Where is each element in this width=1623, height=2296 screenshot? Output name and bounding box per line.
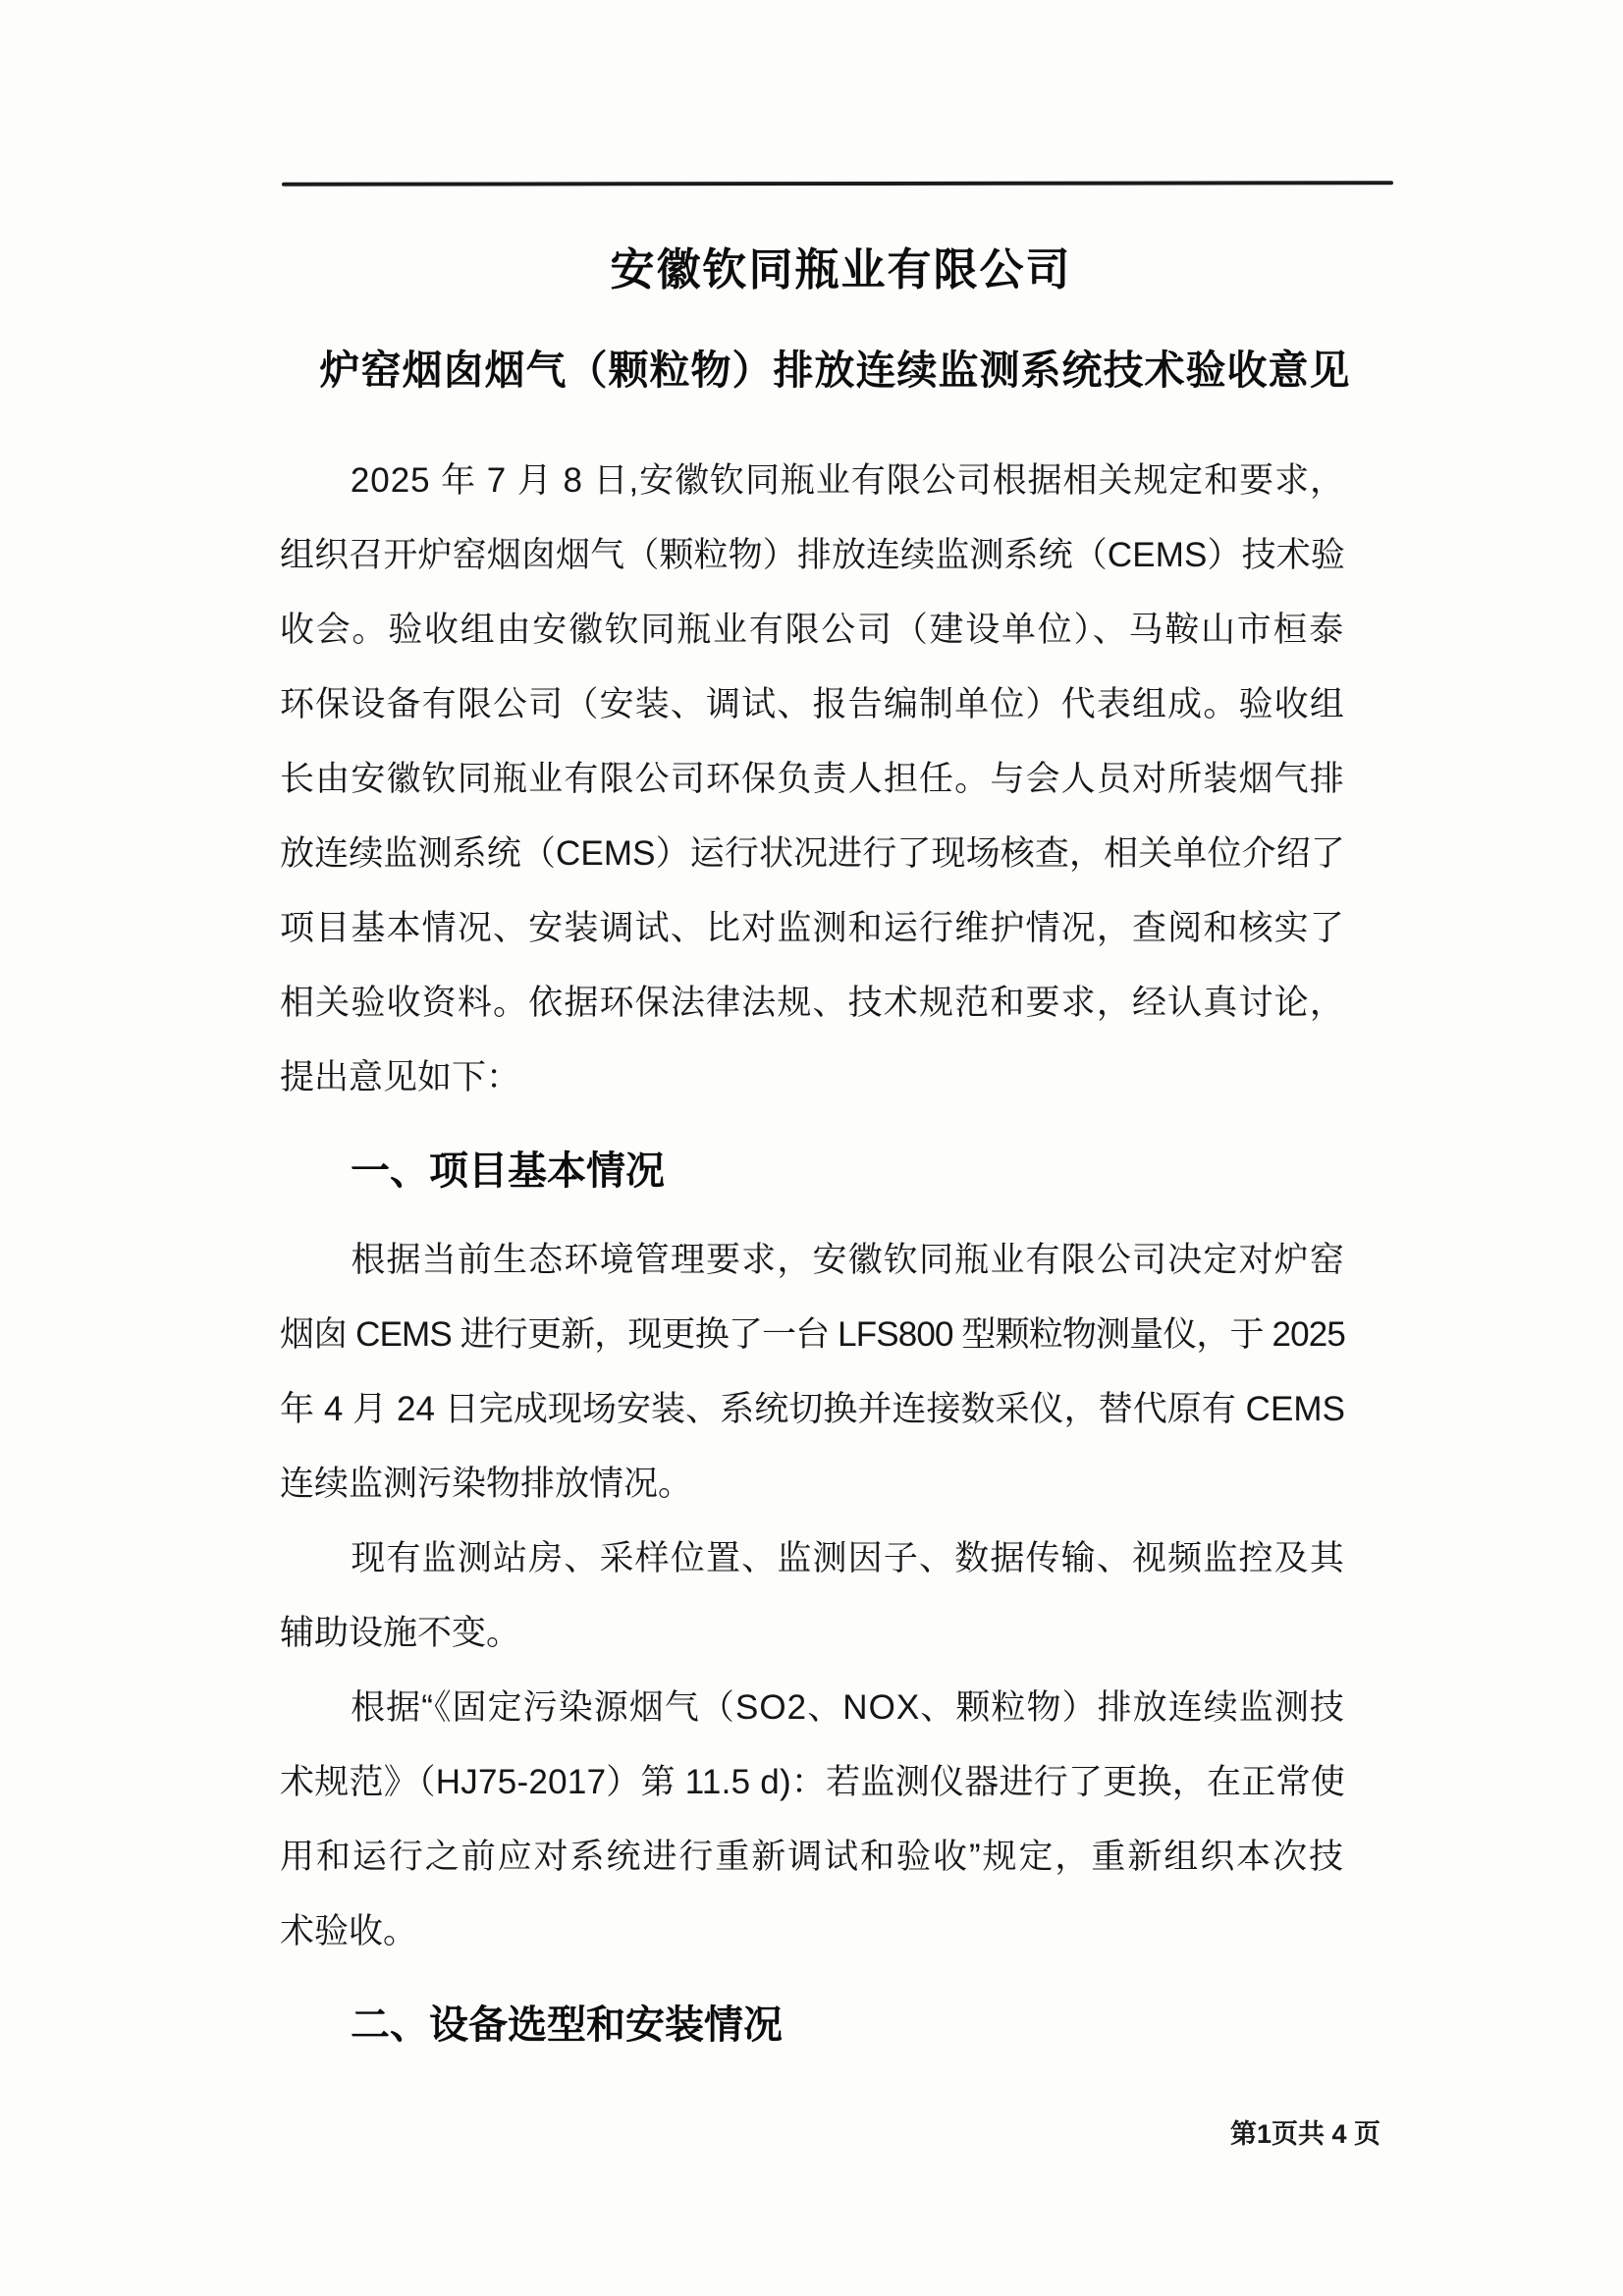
text-line: 辅助设施不变。 xyxy=(280,1596,1345,1671)
document-title: 安徽钦同瓶业有限公司 xyxy=(29,234,1623,297)
text-line: 长由安徽钦同瓶业有限公司环保负责人担任。与会人员对所装烟气排 xyxy=(280,742,1345,817)
text-line-content: 组织召开炉窑烟囱烟气（颗粒物）排放连续监测系统（CEMS）技术验 xyxy=(280,536,1345,574)
text-line: 2025 年 7 月 8 日,安徽钦同瓶业有限公司根据相关规定和要求， xyxy=(280,444,1345,518)
section-1-paragraph-1: 根据当前生态环境管理要求，安徽钦同瓶业有限公司决定对炉窑烟囱 CEMS 进行更新… xyxy=(280,1223,1345,1522)
text-line-content: 环保设备有限公司（安装、调试、报告编制单位）代表组成。验收组 xyxy=(280,685,1345,723)
text-line: 根据当前生态环境管理要求，安徽钦同瓶业有限公司决定对炉窑 xyxy=(280,1223,1345,1298)
text-line-content: 收会。验收组由安徽钦同瓶业有限公司（建设单位）、马鞍山市桓泰 xyxy=(280,611,1345,649)
text-line-content: 提出意见如下： xyxy=(280,1058,520,1096)
text-line-content: 用和运行之前应对系统进行重新调试和验收”规定，重新组织本次技 xyxy=(280,1838,1345,1876)
text-line: 用和运行之前应对系统进行重新调试和验收”规定，重新组织本次技 xyxy=(280,1820,1345,1895)
text-line-content: 二、设备选型和安装情况 xyxy=(351,2003,783,2047)
intro-paragraph: 2025 年 7 月 8 日,安徽钦同瓶业有限公司根据相关规定和要求，组织召开炉… xyxy=(280,444,1345,1115)
text-line: 提出意见如下： xyxy=(280,1041,1345,1115)
text-line: 连续监测污染物排放情况。 xyxy=(280,1447,1345,1522)
text-line: 放连续监测系统（CEMS）运行状况进行了现场核查，相关单位介绍了 xyxy=(280,817,1345,891)
text-line: 年 4 月 24 日完成现场安装、系统切换并连接数采仪，替代原有 CEMS xyxy=(280,1372,1345,1447)
text-line: 项目基本情况、安装调试、比对监测和运行维护情况，查阅和核实了 xyxy=(280,891,1345,966)
text-line: 术验收。 xyxy=(280,1895,1345,1969)
text-line: 术规范》（HJ75-2017）第 11.5 d)：若监测仪器进行了更换，在正常使 xyxy=(280,1745,1345,1820)
text-line-content: 现有监测站房、采样位置、监测因子、数据传输、视频监控及其 xyxy=(280,1539,1345,1577)
text-line-content: 项目基本情况、安装调试、比对监测和运行维护情况，查阅和核实了 xyxy=(280,909,1345,947)
document-subtitle: 炉窑烟囱烟气（颗粒物）排放连续监测系统技术验收意见 xyxy=(24,338,1623,396)
text-line-content: 辅助设施不变。 xyxy=(280,1614,520,1652)
section-1-heading: 一、项目基本情况 xyxy=(280,1133,1345,1209)
text-line: 环保设备有限公司（安装、调试、报告编制单位）代表组成。验收组 xyxy=(280,667,1345,742)
text-line: 组织召开炉窑烟囱烟气（颗粒物）排放连续监测系统（CEMS）技术验 xyxy=(280,518,1345,593)
text-line: 二、设备选型和安装情况 xyxy=(351,1987,1345,2063)
text-line-content: 长由安徽钦同瓶业有限公司环保负责人担任。与会人员对所装烟气排 xyxy=(280,760,1345,798)
text-line-content: 连续监测污染物排放情况。 xyxy=(280,1465,692,1503)
text-line-content: 年 4 月 24 日完成现场安装、系统切换并连接数采仪，替代原有 CEMS xyxy=(280,1390,1345,1428)
text-line-content: 放连续监测系统（CEMS）运行状况进行了现场核查，相关单位介绍了 xyxy=(280,834,1345,873)
document-body: 2025 年 7 月 8 日,安徽钦同瓶业有限公司根据相关规定和要求，组织召开炉… xyxy=(280,444,1345,2077)
section-2-heading: 二、设备选型和安装情况 xyxy=(280,1987,1345,2063)
document-page: { "document": { "title": "安徽钦同瓶业有限公司", "… xyxy=(0,0,1623,2296)
section-1-paragraph-3: 根据“《固定污染源烟气（SO2、NOX、颗粒物）排放连续监测技术规范》（HJ75… xyxy=(280,1671,1345,1969)
text-line-content: 根据当前生态环境管理要求，安徽钦同瓶业有限公司决定对炉窑 xyxy=(280,1241,1345,1279)
text-line-content: 相关验收资料。依据环保法律法规、技术规范和要求，经认真讨论， xyxy=(280,984,1345,1022)
text-line: 收会。验收组由安徽钦同瓶业有限公司（建设单位）、马鞍山市桓泰 xyxy=(280,593,1345,667)
text-line: 现有监测站房、采样位置、监测因子、数据传输、视频监控及其 xyxy=(280,1522,1345,1596)
header-rule xyxy=(282,181,1393,187)
text-line-content: 根据“《固定污染源烟气（SO2、NOX、颗粒物）排放连续监测技 xyxy=(280,1688,1345,1727)
section-1-paragraph-2: 现有监测站房、采样位置、监测因子、数据传输、视频监控及其辅助设施不变。 xyxy=(280,1522,1345,1671)
page-number: 第1页共 4 页 xyxy=(1230,2112,1380,2151)
text-line-content: 术规范》（HJ75-2017）第 11.5 d)：若监测仪器进行了更换，在正常使 xyxy=(280,1763,1345,1801)
text-line: 烟囱 CEMS 进行更新，现更换了一台 LFS800 型颗粒物测量仪，于 202… xyxy=(280,1298,1345,1372)
text-line-content: 一、项目基本情况 xyxy=(351,1149,665,1193)
text-line: 一、项目基本情况 xyxy=(351,1133,1345,1209)
text-line-content: 烟囱 CEMS 进行更新，现更换了一台 LFS800 型颗粒物测量仪，于 202… xyxy=(280,1315,1345,1354)
text-line: 根据“《固定污染源烟气（SO2、NOX、颗粒物）排放连续监测技 xyxy=(280,1671,1345,1745)
text-line-content: 2025 年 7 月 8 日,安徽钦同瓶业有限公司根据相关规定和要求， xyxy=(280,461,1345,500)
text-line: 相关验收资料。依据环保法律法规、技术规范和要求，经认真讨论， xyxy=(280,966,1345,1041)
text-line-content: 术验收。 xyxy=(280,1912,417,1950)
